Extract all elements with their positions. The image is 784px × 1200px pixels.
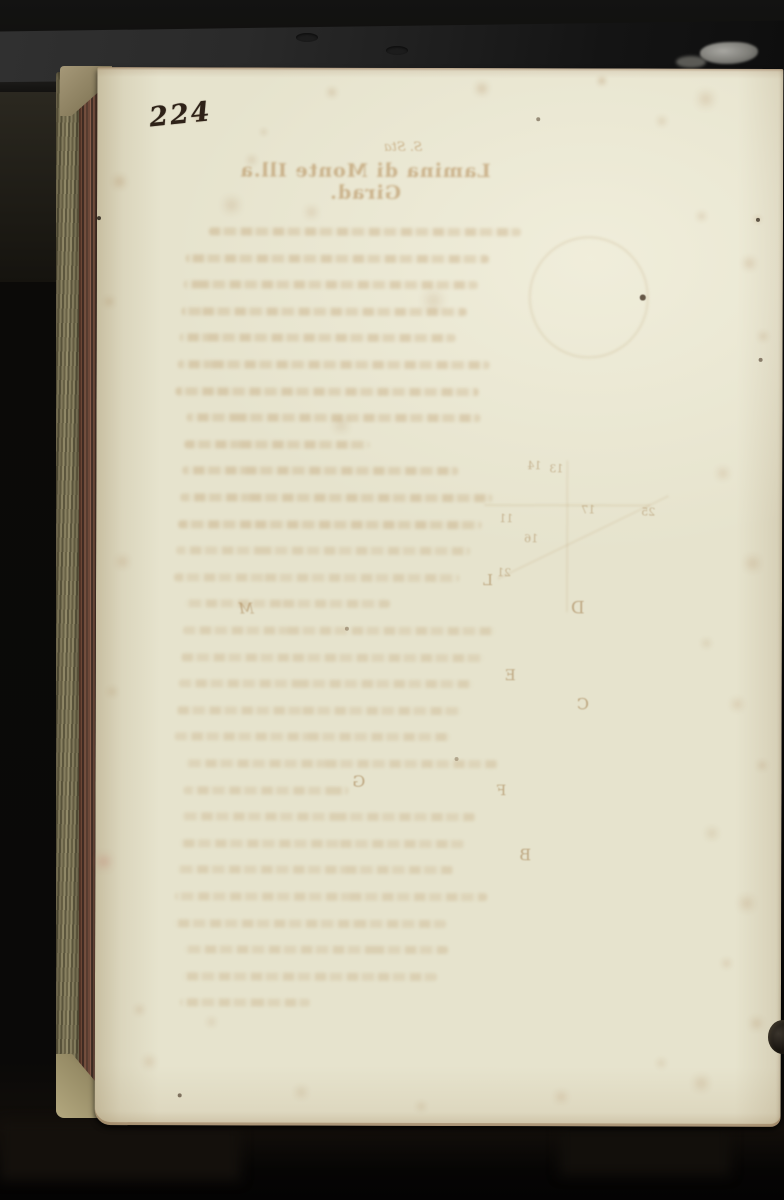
- showthrough-text-line: [185, 599, 390, 608]
- showthrough-text-line: [186, 759, 498, 768]
- showthrough-text-line: [173, 919, 446, 928]
- showthrough-diagram-letter: G: [352, 772, 365, 791]
- showthrough-text-line: [180, 333, 456, 342]
- showthrough-text-line: [184, 440, 369, 448]
- showthrough-diagram-letter: C: [577, 694, 589, 713]
- showthrough-text-line: [176, 546, 470, 555]
- showthrough-diagram-number: 16: [524, 532, 538, 545]
- showthrough-text-line: [183, 786, 348, 794]
- cradle-rivet-mark: [386, 46, 408, 55]
- showthrough-diagram-letter: D: [571, 598, 585, 618]
- book-spine-vellum-edge: [56, 72, 79, 1116]
- showthrough-text-line: [178, 520, 481, 529]
- ink-specks: [97, 67, 99, 69]
- showthrough-text-line: [177, 706, 462, 715]
- showthrough-text-line: [175, 732, 451, 741]
- showthrough-text-line: [181, 653, 484, 662]
- showthrough-text-line: [174, 573, 459, 582]
- background-shadow-bottom-right: [560, 1120, 730, 1175]
- showthrough-body-lines: [173, 227, 515, 1108]
- showthrough-diagram-line: [566, 460, 568, 612]
- showthrough-diagram-number: 21: [497, 566, 511, 579]
- manuscript-page: 224 S. Sta Lamina di Monte Ill.a Girad. …: [95, 67, 784, 1127]
- background-shadow-left: [0, 92, 58, 282]
- showthrough-text-line: [183, 626, 495, 635]
- cradle-rivet-mark: [296, 33, 318, 42]
- showthrough-diagram-number: 17: [581, 503, 595, 516]
- showthrough-text-line: [178, 360, 490, 369]
- showthrough-text-line: [182, 466, 458, 475]
- background-cloth: [676, 56, 706, 68]
- showthrough-text-line: [184, 280, 478, 289]
- background-shadow-bottom-left: [0, 1120, 240, 1180]
- showthrough-text-line: [177, 865, 453, 874]
- showthrough-text-line: [180, 493, 492, 502]
- folio-number: 224: [148, 96, 213, 133]
- showthrough-text-line: [181, 812, 475, 821]
- showthrough-diagram-number: 11: [499, 512, 513, 525]
- showthrough-diagram-letter: B: [519, 845, 531, 864]
- showthrough-text-line: [184, 945, 448, 954]
- showthrough-diagram-circle: [529, 236, 649, 358]
- showthrough-text-line: [182, 972, 437, 981]
- showthrough-text-line: [179, 679, 473, 688]
- showthrough-text-line: [186, 413, 480, 422]
- showthrough-heading-main: Lamina di Monte Ill.a Girad.: [215, 159, 515, 204]
- showthrough-diagram-number: 25: [641, 506, 655, 519]
- showthrough-text-line: [182, 307, 467, 316]
- showthrough-text-line: [209, 227, 521, 236]
- showthrough-diagram-letter: L: [483, 571, 493, 589]
- showthrough-diagram-number: 14: [527, 459, 541, 472]
- showthrough-text-line: [176, 387, 479, 396]
- showthrough-text-line: [180, 998, 310, 1006]
- showthrough-text-line: [179, 839, 464, 848]
- showthrough-diagram-number: 13: [549, 462, 563, 475]
- showthrough-diagram-letter: E: [505, 666, 516, 684]
- showthrough-heading-small: S. Sta: [303, 140, 503, 156]
- showthrough-text-line: [186, 254, 489, 263]
- showthrough-marginal-mark: M: [228, 599, 254, 613]
- showthrough-diagram-letter: F: [496, 783, 506, 799]
- showthrough-text-line: [175, 892, 487, 901]
